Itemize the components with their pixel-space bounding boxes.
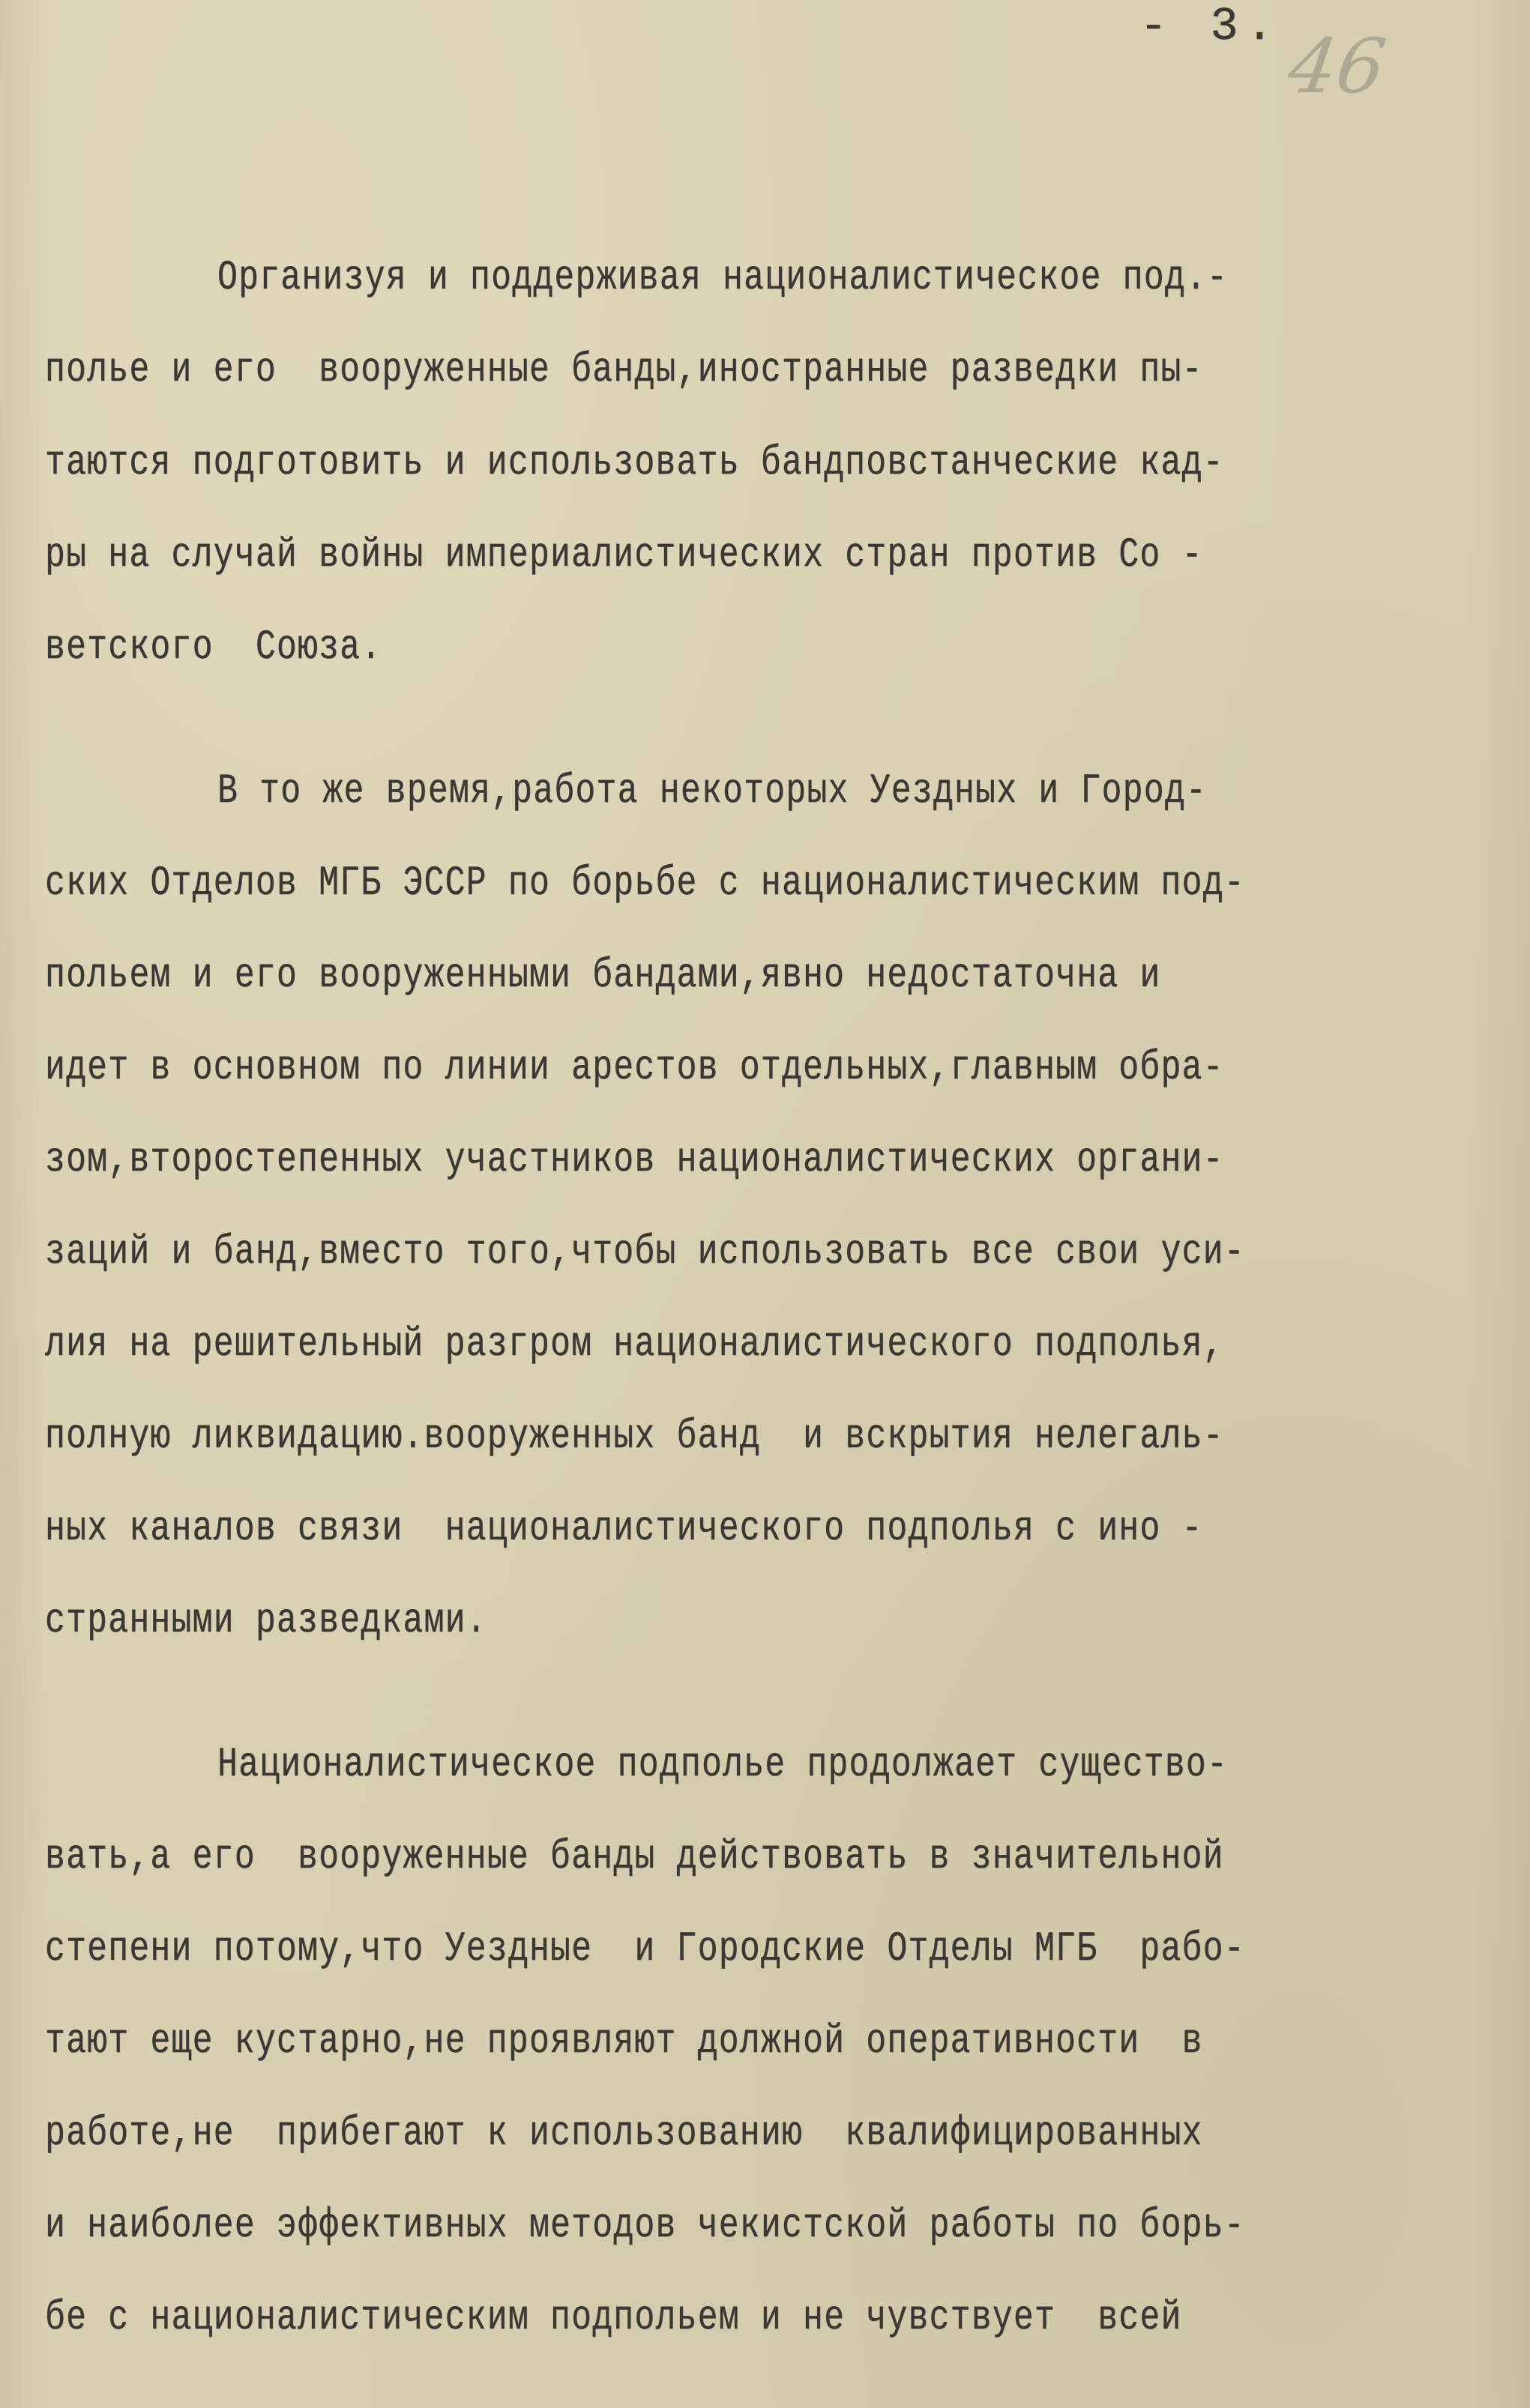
text-line: ских Отделов МГБ ЭССР по борьбе с национ… [45,859,1245,907]
typewritten-page: - 3. 46 Организуя и поддерживая национал… [0,0,1530,2408]
text-line: бе с националистическим подпольем и не ч… [45,2293,1182,2341]
text-line: ветского Союза. [45,623,382,671]
text-line: зом,второстепенных участников националис… [45,1135,1224,1183]
text-line: вать,а его вооруженные банды действовать… [45,1832,1224,1880]
text-line: ры на случай войны империалистических ст… [45,531,1203,579]
text-line: ных каналов связи националистического по… [45,1504,1203,1552]
text-line: идет в основном по линии арестов отдельн… [45,1043,1224,1091]
text-line: полную ликвидацию.вооруженных банд и вск… [45,1412,1224,1460]
text-line: таются подготовить и использовать бандпо… [45,438,1224,486]
text-line: В то же время,работа некоторых Уездных и… [217,767,1207,815]
text-line: полье и его вооруженные банды,иностранны… [45,345,1203,393]
text-line: степени потому,что Уездные и Городские О… [45,1925,1245,1973]
handwritten-archive-sheet-number: 46 [1283,22,1391,110]
text-line: тают еще кустарно,не проявляют должной о… [45,2017,1203,2065]
text-line: Националистическое подполье продолжает с… [217,1740,1228,1788]
text-line: Организуя и поддерживая националистическ… [217,253,1228,301]
text-line: странными разведками. [45,1596,487,1644]
text-line: польем и его вооруженными бандами,явно н… [45,951,1160,999]
text-line: работе,не прибегают к использованию квал… [45,2109,1203,2157]
text-line: и наиболее эффективных методов чекистско… [45,2201,1245,2249]
text-line: заций и банд,вместо того,чтобы использов… [45,1228,1245,1276]
text-line: лия на решительный разгром националистич… [45,1320,1224,1368]
page-number: - 3. [1139,0,1281,53]
